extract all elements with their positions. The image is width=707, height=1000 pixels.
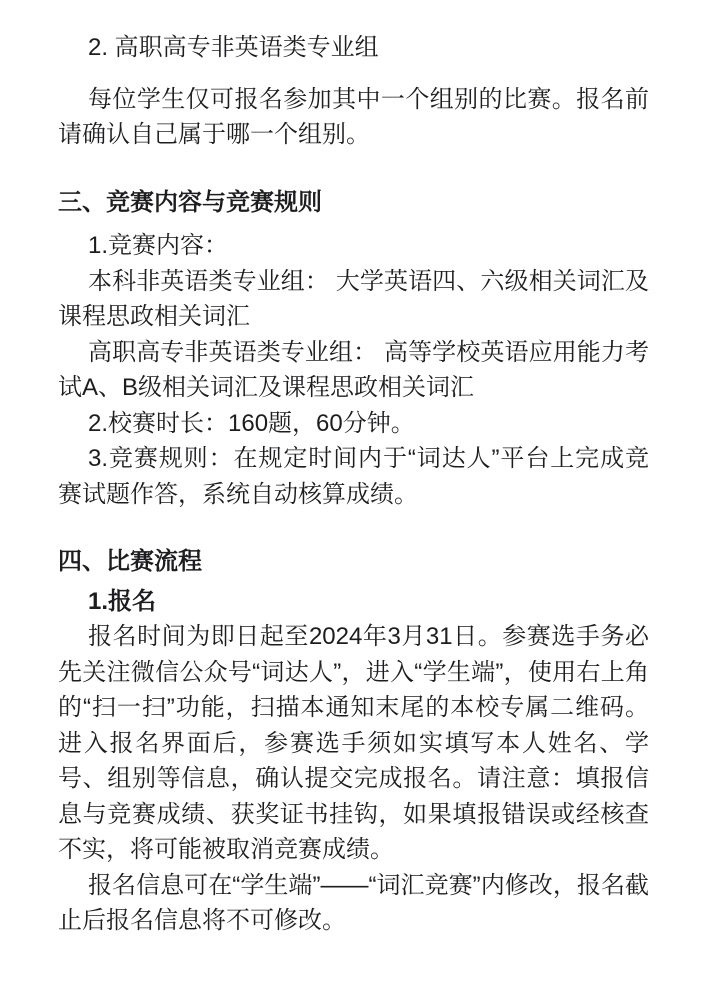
heading-section-three: 三、竞赛内容与竞赛规则 xyxy=(58,185,649,221)
para-vocational-group-content: 高职高专非英语类专业组： 高等学校英语应用能力考试A、B级相关词汇及课程思政相关… xyxy=(58,335,649,406)
para-contest-rules: 3.竞赛规则：在规定时间内于“词达人”平台上完成竞赛试题作答，系统自动核算成绩。 xyxy=(58,441,649,512)
document-page: 2. 高职高专非英语类专业组 每位学生仅可报名参加其中一个组别的比赛。报名前请确… xyxy=(0,0,707,1000)
para-signup-modification: 报名信息可在“学生端”——“词汇竞赛”内修改，报名截止后报名信息将不可修改。 xyxy=(58,868,649,939)
para-signup-details: 报名时间为即日起至2024年3月31日。参赛选手务必先关注微信公众号“词达人”，… xyxy=(58,619,649,868)
para-contest-content-label: 1.竞赛内容： xyxy=(58,228,649,264)
blank-line xyxy=(58,153,649,185)
blank-line xyxy=(58,512,649,544)
para-group-note: 每位学生仅可报名参加其中一个组别的比赛。报名前请确认自己属于哪一个组别。 xyxy=(58,82,649,153)
para-contest-duration: 2.校赛时长：160题，60分钟。 xyxy=(58,406,649,442)
heading-section-four: 四、比赛流程 xyxy=(58,544,649,580)
subheading-signup: 1.报名 xyxy=(58,584,649,620)
para-group-item-2: 2. 高职高专非英语类专业组 xyxy=(58,30,649,66)
para-undergraduate-group-content: 本科非英语类专业组： 大学英语四、六级相关词汇及课程思政相关词汇 xyxy=(58,264,649,335)
